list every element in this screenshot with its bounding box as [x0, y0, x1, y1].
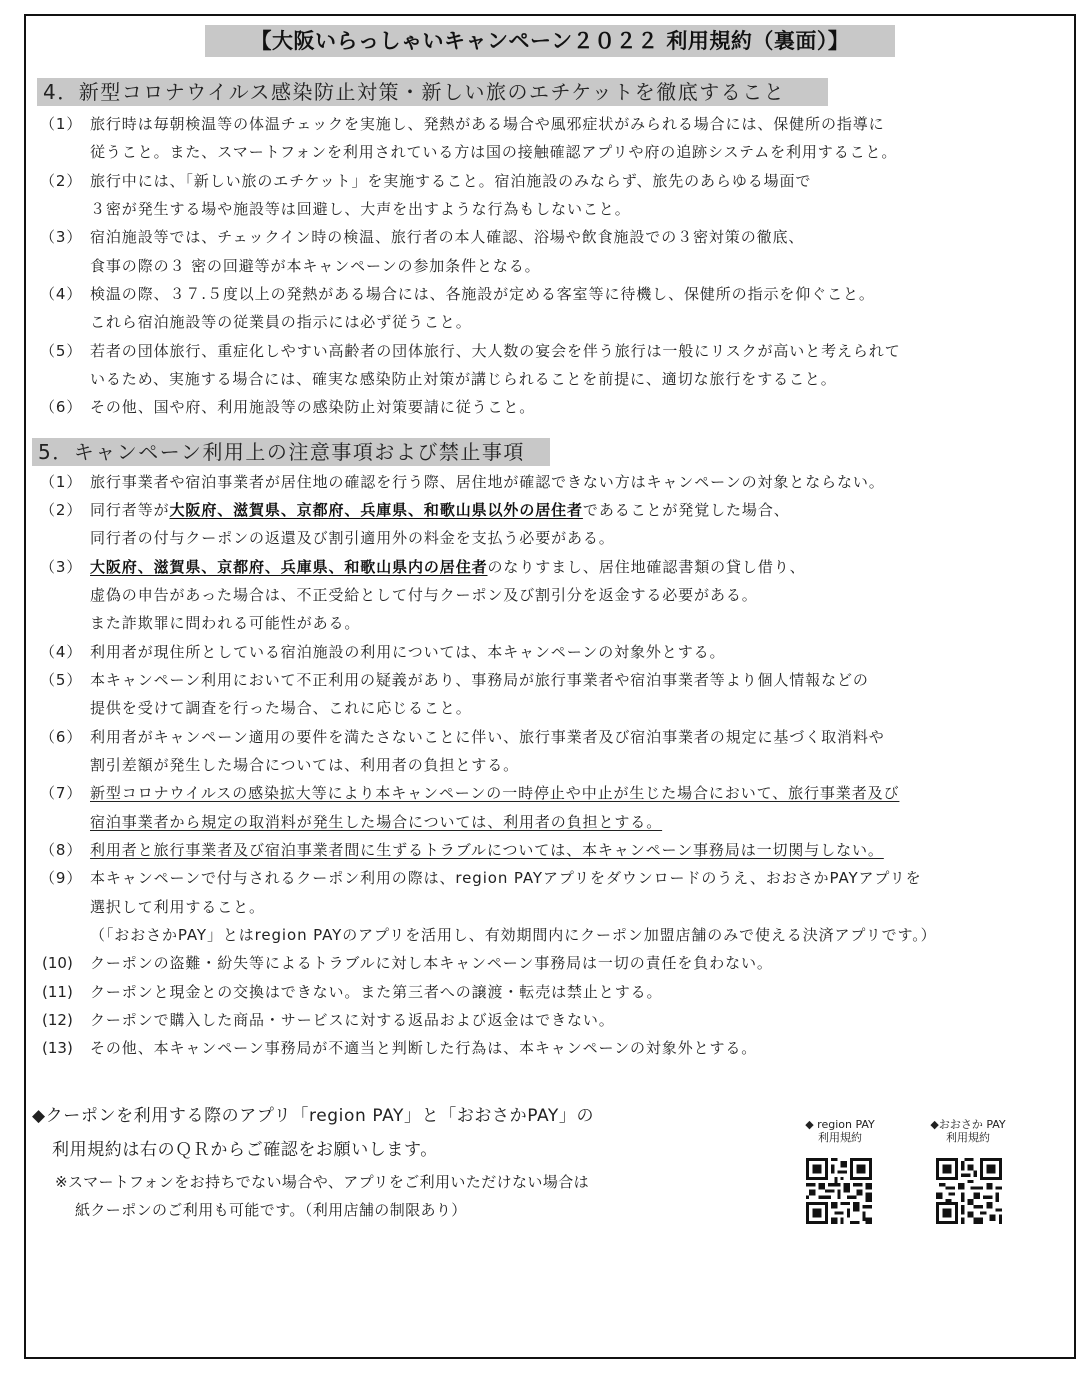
s5-item-7-line-2: 宿泊事業者から規定の取消料が発生した場合については、利用者の負担とする。	[90, 812, 662, 832]
s5-item-9-line-3: （「おおさかPAY」とはregion PAYのアプリを活用し、有効期間内にクーポ…	[90, 925, 937, 945]
item-number: （3）	[40, 557, 90, 577]
s5-item-13: (13)その他、本キャンペーン事務局が不適当と判断した行為は、本キャンペーンの対…	[42, 1038, 757, 1058]
s5-item-9-line-2: 選択して利用すること。	[90, 897, 265, 917]
item-number: （1）	[40, 472, 90, 492]
s5-item-5-line-1: （5）本キャンペーン利用において不正利用の疑義があり、事務局が旅行事業者や宿泊事…	[40, 670, 869, 690]
s5-item-5-line-2: 提供を受けて調査を行った場合、これに応じること。	[90, 698, 472, 718]
item-text: 若者の団体旅行、重症化しやすい高齢者の団体旅行、大人数の宴会を伴う旅行は一般にリ…	[90, 342, 901, 360]
s4-item-5-line-1: （5）若者の団体旅行、重症化しやすい高齢者の団体旅行、大人数の宴会を伴う旅行は一…	[40, 341, 901, 361]
item-number: （3）	[40, 227, 90, 247]
underlined-text: 新型コロナウイルスの感染拡大等により本キャンペーンの一時停止や中止が生じた場合に…	[90, 784, 899, 802]
s5-item-3-line-1: （3）大阪府、滋賀県、京都府、兵庫県、和歌山県内の居住者のなりすまし、居住地確認…	[40, 557, 806, 577]
s4-item-4-line-1: （4）検温の際、３７.５度以上の発熱がある場合には、各施設が定める客室等に待機し…	[40, 284, 875, 304]
item-number: (11)	[42, 982, 90, 1002]
section-5-heading: 5．キャンペーン利用上の注意事項および禁止事項	[32, 438, 550, 466]
s4-item-1-line-2: 従うこと。また、スマートフォンを利用されている方は国の接触確認アプリや府の追跡シ…	[90, 142, 897, 162]
section-4-heading: 4．新型コロナウイルス感染防止対策・新しい旅のエチケットを徹底すること	[37, 78, 828, 106]
osaka-pay-qr-code-icon[interactable]	[936, 1158, 1002, 1224]
item-text: 検温の際、３７.５度以上の発熱がある場合には、各施設が定める客室等に待機し、保健…	[90, 285, 875, 303]
item-number: (12)	[42, 1010, 90, 1030]
s5-item-8: （8）利用者と旅行事業者及び宿泊事業者間に生ずるトラブルについては、本キャンペー…	[40, 840, 884, 860]
s4-item-3-line-2: 食事の際の３ 密の回避等が本キャンペーンの参加条件となる。	[90, 256, 541, 276]
item-number: (13)	[42, 1038, 90, 1058]
item-text: 本キャンペーン利用において不正利用の疑義があり、事務局が旅行事業者や宿泊事業者等…	[90, 671, 869, 689]
s4-item-3-line-1: （3）宿泊施設等では、チェックイン時の検温、旅行者の本人確認、浴場や飲食施設での…	[40, 227, 804, 247]
s4-item-6-line-1: （6）その他、国や府、利用施設等の感染防止対策要請に従うこと。	[40, 397, 535, 417]
s4-item-2-line-1: （2）旅行中には、「新しい旅のエチケット」を実施すること。宿泊施設のみならず、旅…	[40, 171, 811, 191]
item-number: （2）	[40, 500, 90, 520]
item-number: （5）	[40, 670, 90, 690]
item-text: クーポンの盗難・紛失等によるトラブルに対し本キャンペーン事務局は一切の責任を負わ…	[90, 954, 773, 972]
qr-label-subtitle: 利用規約	[790, 1131, 890, 1144]
item-text: 利用者がキャンペーン適用の要件を満たさないことに伴い、旅行事業者及び宿泊事業者の…	[90, 728, 885, 746]
s5-item-1: （1）旅行事業者や宿泊事業者が居住地の確認を行う際、居住地が確認できない方はキャ…	[40, 472, 885, 492]
item-text: であることが発覚した場合、	[583, 501, 790, 519]
item-text: その他、本キャンペーン事務局が不適当と判断した行為は、本キャンペーンの対象外とす…	[90, 1039, 757, 1057]
item-number: （4）	[40, 642, 90, 662]
item-number: （1）	[40, 114, 90, 134]
item-number: （6）	[40, 397, 90, 417]
item-text: 本キャンペーンで付与されるクーポン利用の際は、region PAYアプリをダウン…	[90, 869, 922, 887]
s5-item-3-line-2: 虚偽の申告があった場合は、不正受給として付与クーポン及び割引分を返金する必要があ…	[90, 585, 758, 605]
item-text: クーポンと現金との交換はできない。また第三者への譲渡・転売は禁止とする。	[90, 983, 662, 1001]
emphasized-text: 大阪府、滋賀県、京都府、兵庫県、和歌山県以外の居住者	[170, 501, 583, 519]
item-text: 利用者が現住所としている宿泊施設の利用については、本キャンペーンの対象外とする。	[90, 643, 725, 661]
s5-item-10: (10)クーポンの盗難・紛失等によるトラブルに対し本キャンペーン事務局は一切の責…	[42, 953, 773, 973]
s4-item-4-line-2: これら宿泊施設等の従業員の指示には必ず従うこと。	[90, 312, 472, 332]
item-text: その他、国や府、利用施設等の感染防止対策要請に従うこと。	[90, 398, 535, 416]
s5-item-2-line-1: （2）同行者等が大阪府、滋賀県、京都府、兵庫県、和歌山県以外の居住者であることが…	[40, 500, 790, 520]
item-text: 旅行事業者や宿泊事業者が居住地の確認を行う際、居住地が確認できない方はキャンペー…	[90, 473, 885, 491]
s5-item-3-line-3: また詐欺罪に問われる可能性がある。	[90, 613, 360, 633]
item-text: 同行者等が	[90, 501, 170, 519]
s5-item-2-line-2: 同行者の付与クーポンの返還及び割引適用外の料金を支払う必要がある。	[90, 528, 615, 548]
page-title: 【大阪いらっしゃいキャンペーン２０２２ 利用規約（裏面）】	[205, 25, 895, 57]
item-number: （9）	[40, 868, 90, 888]
s4-item-1-line-1: （1）旅行時は毎朝検温等の体温チェックを実施し、発熱がある場合や風邪症状がみられ…	[40, 114, 885, 134]
item-text: のなりすまし、居住地確認書類の貸し借り、	[488, 558, 806, 576]
item-number: （2）	[40, 171, 90, 191]
s5-item-6-line-1: （6）利用者がキャンペーン適用の要件を満たさないことに伴い、旅行事業者及び宿泊事…	[40, 727, 885, 747]
item-number: （4）	[40, 284, 90, 304]
item-text: 旅行時は毎朝検温等の体温チェックを実施し、発熱がある場合や風邪症状がみられる場合…	[90, 115, 885, 133]
underlined-text: 利用者と旅行事業者及び宿泊事業者間に生ずるトラブルについては、本キャンペーン事務…	[90, 841, 884, 859]
item-text: クーポンで購入した商品・サービスに対する返品および返金はできない。	[90, 1011, 615, 1029]
qr-label-osaka-pay: ◆おおさか PAY 利用規約	[918, 1118, 1018, 1144]
emphasized-text: 大阪府、滋賀県、京都府、兵庫県、和歌山県内の居住者	[90, 558, 488, 576]
s4-item-2-line-2: ３密が発生する場や施設等は回避し、大声を出すような行為もしないこと。	[90, 199, 631, 219]
item-number: （7）	[40, 783, 90, 803]
s4-item-5-line-2: いるため、実施する場合には、確実な感染防止対策が講じられることを前提に、適切な旅…	[90, 369, 837, 389]
s5-item-7-line-1: （7）新型コロナウイルスの感染拡大等により本キャンペーンの一時停止や中止が生じた…	[40, 783, 899, 803]
s5-item-9-line-1: （9）本キャンペーンで付与されるクーポン利用の際は、region PAYアプリを…	[40, 868, 922, 888]
qr-note-line-1: ◆クーポンを利用する際のアプリ「region PAY」と「おおさかPAY」の	[32, 1105, 594, 1127]
s5-item-12: (12)クーポンで購入した商品・サービスに対する返品および返金はできない。	[42, 1010, 615, 1030]
paper-coupon-note-1: ※スマートフォンをお持ちでない場合や、アプリをご利用いただけない場合は	[55, 1172, 589, 1192]
qr-note-line-2: 利用規約は右のＱＲからご確認をお願いします。	[52, 1139, 438, 1161]
region-pay-qr-code-icon[interactable]	[806, 1158, 872, 1224]
item-number: (10)	[42, 953, 90, 973]
qr-label-title: ◆ region PAY	[790, 1118, 890, 1131]
item-number: （8）	[40, 840, 90, 860]
s5-item-6-line-2: 割引差額が発生した場合については、利用者の負担とする。	[90, 755, 519, 775]
item-number: （5）	[40, 341, 90, 361]
item-text: 宿泊施設等では、チェックイン時の検温、旅行者の本人確認、浴場や飲食施設での３密対…	[90, 228, 804, 246]
s5-item-11: (11)クーポンと現金との交換はできない。また第三者への譲渡・転売は禁止とする。	[42, 982, 662, 1002]
qr-label-title: ◆おおさか PAY	[918, 1118, 1018, 1131]
qr-label-subtitle: 利用規約	[918, 1131, 1018, 1144]
qr-label-region-pay: ◆ region PAY 利用規約	[790, 1118, 890, 1144]
paper-coupon-note-2: 紙クーポンのご利用も可能です。（利用店舗の制限あり）	[75, 1200, 467, 1220]
s5-item-4: （4）利用者が現住所としている宿泊施設の利用については、本キャンペーンの対象外と…	[40, 642, 725, 662]
item-text: 旅行中には、「新しい旅のエチケット」を実施すること。宿泊施設のみならず、旅先のあ…	[90, 172, 811, 190]
item-number: （6）	[40, 727, 90, 747]
